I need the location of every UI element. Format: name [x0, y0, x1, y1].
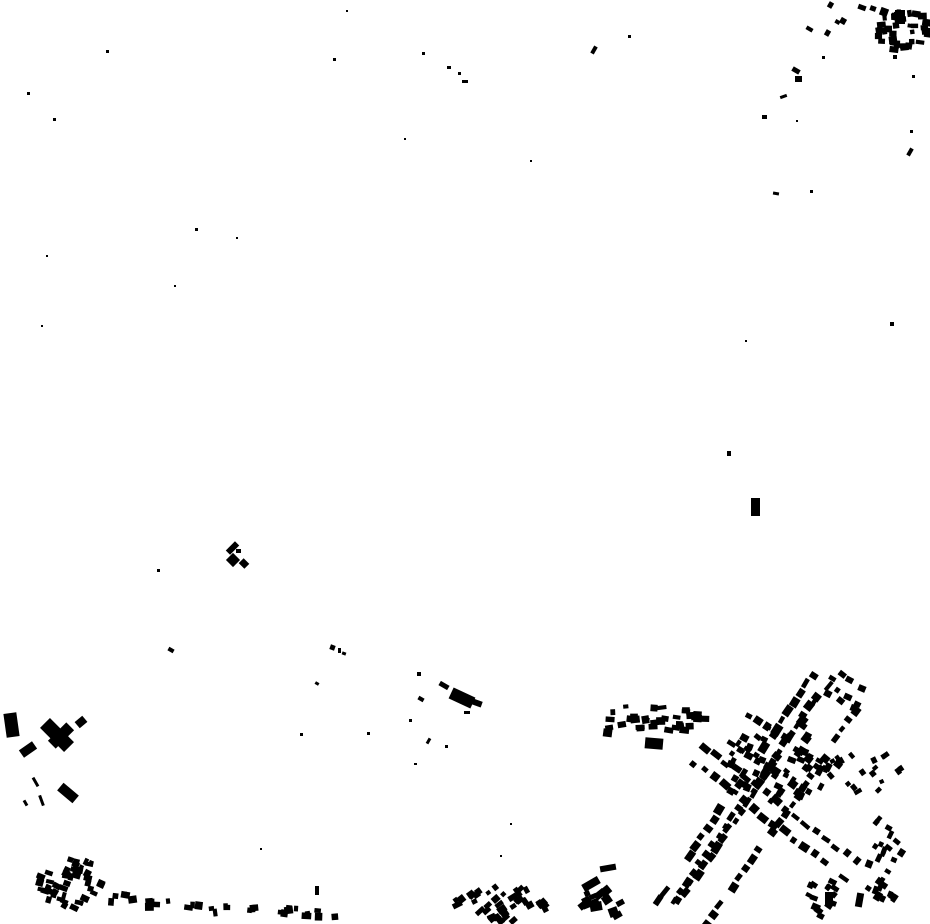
building-footprint — [342, 651, 347, 655]
building-footprint — [910, 29, 915, 34]
building-footprint — [260, 848, 262, 850]
building-footprint — [122, 892, 127, 897]
building-footprint — [734, 873, 743, 882]
building-footprint — [752, 752, 760, 759]
building-footprint — [315, 886, 319, 895]
building-footprint — [820, 857, 829, 866]
building-footprint — [830, 844, 840, 853]
building-footprint — [194, 901, 203, 910]
building-footprint — [801, 678, 810, 689]
building-footprint — [732, 817, 739, 825]
building-footprint — [57, 783, 79, 804]
building-footprint — [827, 1, 834, 9]
building-footprint — [798, 841, 811, 853]
building-footprint — [438, 681, 449, 690]
building-footprint — [726, 739, 736, 748]
building-footprint — [709, 771, 720, 782]
building-footprint — [447, 66, 451, 69]
building-footprint — [709, 815, 719, 825]
building-footprint — [112, 893, 118, 899]
building-footprint — [735, 739, 742, 747]
building-footprint — [885, 824, 893, 832]
building-footprint — [778, 716, 785, 725]
building-footprint — [166, 898, 171, 904]
building-footprint — [294, 906, 298, 912]
building-footprint — [834, 687, 841, 694]
building-footprint — [865, 859, 874, 868]
building-footprint — [822, 56, 825, 59]
building-footprint — [422, 52, 425, 55]
building-footprint — [796, 120, 798, 122]
building-footprint — [703, 823, 714, 833]
cluster-south-street-village — [35, 856, 338, 920]
building-footprint — [839, 17, 847, 25]
building-footprint — [911, 10, 920, 18]
building-footprint — [661, 715, 669, 722]
building-footprint — [702, 919, 712, 924]
building-footprint — [41, 325, 43, 327]
map-canvas — [0, 0, 930, 924]
building-footprint — [236, 237, 238, 239]
building-footprint — [648, 723, 657, 729]
building-footprint — [417, 696, 424, 702]
building-footprint — [810, 190, 813, 193]
building-footprint — [643, 717, 650, 723]
building-footprint — [699, 742, 712, 754]
building-footprint — [605, 716, 614, 722]
building-footprint — [800, 820, 811, 830]
building-footprint — [910, 130, 913, 133]
building-footprint — [458, 72, 461, 75]
building-footprint — [875, 787, 882, 794]
building-footprint — [610, 709, 615, 715]
building-footprint — [824, 883, 832, 891]
building-footprint — [713, 803, 725, 816]
building-footprint — [483, 901, 492, 910]
building-footprint — [338, 648, 341, 653]
building-footprint — [823, 689, 833, 698]
building-footprint — [32, 777, 40, 787]
building-footprint — [747, 853, 758, 865]
building-footprint — [157, 569, 160, 572]
building-footprint — [824, 681, 834, 692]
building-footprint — [315, 913, 323, 921]
building-footprint — [213, 909, 218, 917]
building-footprint — [333, 58, 336, 61]
building-footprint — [791, 813, 800, 821]
building-footprint — [812, 827, 821, 836]
cluster-south-central-scattered — [300, 672, 550, 924]
building-footprint — [628, 35, 631, 38]
building-footprint — [894, 42, 899, 49]
building-footprint — [753, 715, 764, 726]
cluster-southwest-large-buildings — [3, 712, 87, 806]
cluster-central-farmstead — [167, 541, 346, 655]
building-footprint — [762, 787, 771, 796]
building-footprint — [509, 903, 517, 910]
building-footprint — [880, 751, 889, 759]
building-footprint — [331, 913, 338, 920]
building-footprint — [889, 31, 896, 37]
building-footprint — [738, 795, 750, 807]
building-footprint — [893, 55, 897, 59]
building-footprint — [870, 756, 877, 764]
building-footprint — [635, 725, 644, 730]
building-footprint — [878, 38, 885, 44]
building-footprint — [741, 864, 751, 873]
building-footprint — [682, 876, 694, 888]
building-footprint — [523, 886, 531, 894]
building-footprint — [239, 558, 250, 569]
building-footprint — [887, 830, 895, 839]
cluster-southeast-town-center — [577, 670, 906, 924]
building-footprint — [779, 824, 792, 836]
building-footprint — [581, 876, 601, 892]
building-footprint — [426, 738, 432, 745]
building-footprint — [752, 769, 760, 777]
building-footprint — [689, 760, 697, 768]
building-footprint — [728, 881, 740, 893]
building-footprint — [530, 160, 532, 162]
building-footprint — [865, 885, 872, 892]
building-footprint — [445, 745, 448, 748]
building-footprint — [729, 750, 736, 757]
building-footprint — [805, 26, 813, 33]
building-footprint — [869, 769, 877, 777]
building-footprint — [806, 772, 815, 780]
building-footprint — [500, 855, 502, 857]
building-footprint — [38, 795, 45, 806]
building-footprint — [108, 898, 114, 906]
building-footprint — [789, 836, 797, 844]
building-footprint — [471, 698, 482, 707]
building-footprint — [314, 908, 321, 913]
building-footprint — [367, 732, 370, 735]
building-footprint — [300, 733, 303, 736]
building-footprint — [789, 801, 796, 809]
building-footprint — [872, 843, 879, 850]
building-footprint — [485, 890, 491, 896]
building-footprint — [673, 715, 681, 720]
building-footprint — [906, 43, 912, 49]
building-footprint — [53, 118, 56, 121]
building-footprint — [708, 909, 719, 920]
building-footprint — [877, 21, 886, 28]
building-footprint — [500, 891, 506, 897]
building-footprint — [756, 812, 769, 824]
building-footprint — [464, 711, 470, 714]
building-footprint — [305, 911, 311, 918]
building-footprint — [630, 715, 640, 723]
building-footprint — [845, 781, 852, 787]
building-footprint — [810, 849, 820, 859]
building-footprint — [796, 688, 806, 699]
building-footprint — [911, 24, 918, 28]
building-footprint — [912, 75, 915, 78]
building-footprint — [46, 255, 48, 257]
building-footprint — [45, 896, 52, 904]
building-footprint — [748, 803, 760, 815]
building-footprint — [795, 76, 802, 82]
building-footprint — [128, 895, 138, 903]
building-footprint — [773, 192, 779, 196]
building-footprint — [787, 756, 797, 764]
building-footprint — [491, 883, 499, 891]
building-footprint — [845, 675, 854, 684]
building-footprint — [754, 845, 763, 854]
building-footprint — [890, 322, 894, 326]
building-footprint — [892, 837, 900, 845]
building-footprint — [61, 892, 67, 900]
building-footprint — [19, 741, 37, 758]
building-footprint — [762, 115, 767, 119]
building-footprint — [44, 869, 53, 876]
building-footprint — [417, 672, 421, 676]
building-footprint — [780, 94, 788, 99]
building-footprint — [838, 873, 849, 883]
building-footprint — [828, 675, 837, 683]
building-footprint — [315, 681, 320, 686]
building-footprint — [657, 705, 667, 710]
building-footprint — [869, 5, 876, 12]
building-footprint — [857, 4, 866, 11]
building-footprint — [884, 868, 891, 875]
building-footprint — [791, 66, 800, 74]
building-footprint — [879, 779, 885, 784]
building-footprint — [890, 857, 897, 864]
building-footprint — [409, 719, 412, 722]
building-footprint — [75, 716, 88, 729]
building-footprint — [710, 749, 722, 761]
building-footprint — [848, 752, 855, 759]
building-footprint — [757, 740, 770, 754]
building-footprint — [821, 835, 831, 844]
building-footprint — [615, 899, 625, 908]
building-footprint — [817, 782, 825, 791]
building-footprint — [906, 148, 913, 157]
building-footprint — [190, 902, 195, 909]
building-footprint — [875, 27, 882, 34]
building-footprint — [249, 904, 258, 911]
building-footprint — [857, 684, 866, 693]
building-footprint — [745, 340, 747, 342]
building-footprint — [510, 823, 512, 825]
building-footprint — [150, 901, 160, 907]
building-footprint — [226, 553, 240, 567]
building-footprint — [167, 647, 174, 653]
building-footprint — [858, 768, 866, 776]
building-footprint — [106, 50, 109, 53]
building-footprint — [600, 864, 617, 873]
building-footprint — [3, 712, 19, 738]
building-footprint — [879, 7, 889, 17]
building-footprint — [831, 733, 841, 743]
building-footprint — [623, 704, 629, 709]
building-footprint — [449, 687, 476, 708]
building-footprint — [745, 712, 753, 719]
building-footprint — [284, 906, 294, 914]
building-footprint — [414, 763, 417, 765]
building-footprint — [590, 46, 597, 55]
building-footprint — [852, 856, 861, 865]
building-footprint — [659, 885, 670, 897]
building-footprint — [46, 879, 55, 885]
building-footprint — [645, 737, 664, 750]
building-footprint — [617, 721, 626, 728]
building-footprint — [838, 725, 845, 732]
building-footprint — [27, 92, 30, 95]
building-footprint — [897, 848, 906, 858]
cluster-northeast-hamlet — [762, 1, 930, 195]
building-footprint — [462, 80, 468, 83]
building-footprint — [509, 916, 518, 924]
building-footprint — [916, 40, 925, 45]
building-footprint — [844, 715, 853, 724]
building-footprint — [827, 771, 835, 779]
building-footprint — [693, 714, 702, 722]
building-footprint — [824, 29, 831, 37]
building-footprint — [855, 892, 864, 907]
building-footprint — [346, 10, 348, 12]
building-footprint — [751, 498, 760, 516]
building-footprint — [714, 900, 724, 910]
building-footprint — [701, 766, 709, 774]
building-footprint — [23, 800, 29, 807]
building-footprint — [843, 848, 852, 858]
building-footprint-map — [0, 0, 930, 924]
building-footprint — [809, 671, 819, 681]
building-footprint — [174, 285, 176, 287]
building-footprint — [195, 228, 198, 231]
building-footprint — [825, 892, 833, 906]
building-footprint — [224, 905, 230, 910]
building-footprint — [838, 670, 848, 679]
building-footprint — [895, 10, 905, 24]
building-footprint — [236, 549, 241, 553]
building-footprint — [404, 138, 406, 140]
building-footprint — [696, 832, 704, 841]
building-footprint — [650, 704, 658, 711]
building-footprint — [727, 451, 731, 456]
building-footprint — [329, 644, 335, 650]
